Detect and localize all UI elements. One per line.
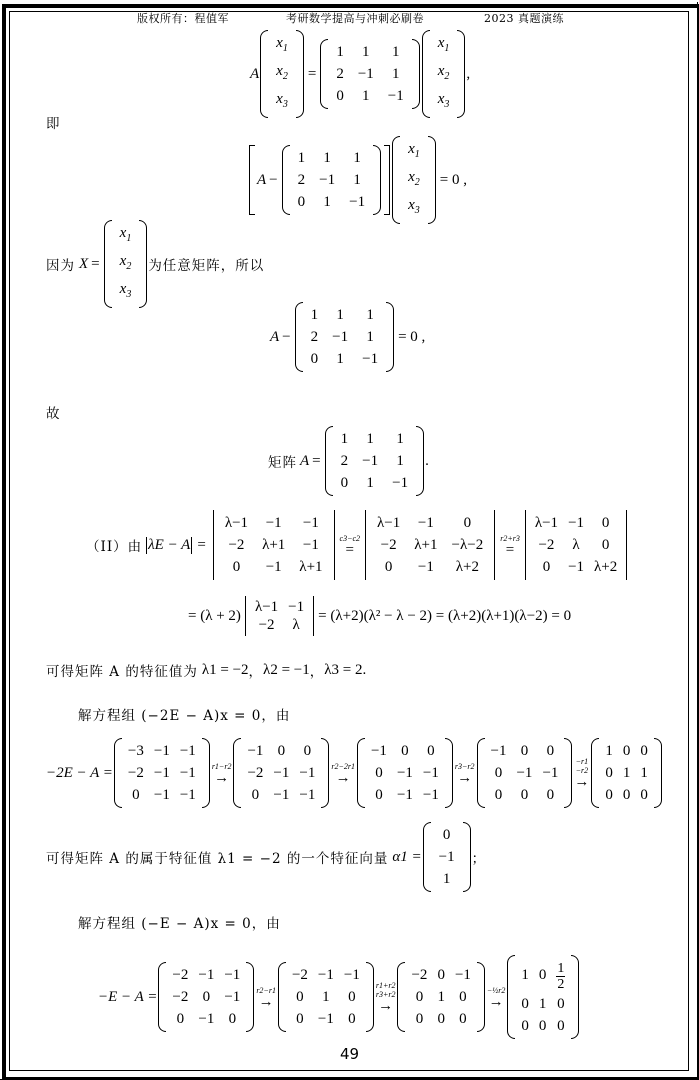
matrix-step-3: −100 0−1−1 0−1−1 (357, 738, 453, 808)
matrix-step-4: 10 12 010 000 (507, 955, 579, 1039)
header-copyright: 版权所有：程值军 (137, 10, 229, 26)
matrix-step-1: −3−1−1 −2−1−1 0−1−1 (114, 738, 210, 808)
matrix-step-3: −20−1 010 000 (397, 962, 484, 1032)
row-reduction-1: −2E − A = −3−1−1 −2−1−1 0−1−1 r1−r2→ −10… (46, 738, 663, 808)
equation-2: A− 111 2−11 01−1 x1x2x3 = 0 , (248, 136, 470, 224)
equation-4: A− 111 2−11 01−1 = 0 , (270, 302, 428, 372)
matrix-step-4: −100 0−1−1 000 (477, 738, 573, 808)
determinant-2: λ−1−10 −2λ+1−λ−2 0−1λ+2 (362, 510, 498, 580)
line-arbitrary-matrix: 因为 X= x1x2x3 为任意矩阵，所以 (46, 220, 264, 308)
equation-expansion: = (λ + 2) λ−1−1 −2λ = (λ+2)(λ² − λ − 2) … (188, 596, 571, 636)
determinant-3: λ−1−10 −2λ0 0−1λ+2 (522, 510, 630, 580)
vector-x: x1x2x3 (104, 220, 148, 308)
matrix-step-2: −2−1−1 010 0−10 (278, 962, 374, 1032)
matrix-step-1: −2−1−1 −20−1 0−10 (158, 962, 254, 1032)
equation-1: A x1x2x3 = 111 2−11 01−1 x1x2x3 , (250, 30, 470, 118)
matrix-step-2: −100 −2−1−1 0−1−1 (233, 738, 329, 808)
eigenvector-alpha1: 0−11 (423, 822, 471, 892)
solve-line-1: 解方程组 (−2E − A)x = 0，由 (78, 704, 290, 724)
characteristic-determinant: （II）由 λE − A = λ−1−1−1 −2λ+1−1 0−1λ+1 c3… (86, 510, 631, 580)
eigenvector-1-line: 可得矩阵 A 的属于特征值 λ1 = −2 的一个特征向量 α1 = 0−11 … (46, 822, 486, 892)
determinant-2x2: λ−1−1 −2λ (242, 596, 317, 636)
vector-x: x1x2x3 (260, 30, 304, 118)
solve-line-2: 解方程组 (−E − A)x = 0，由 (78, 912, 281, 932)
matrix-a: 111 2−11 01−1 (325, 426, 424, 496)
matrix-step-5: 100 011 000 (591, 738, 662, 808)
matrix-m: 111 2−11 01−1 (295, 302, 394, 372)
equation-5: 矩阵A= 111 2−11 01−1 . (268, 426, 429, 496)
vector-x: x1x2x3 (422, 30, 466, 118)
vector-x: x1x2x3 (392, 136, 436, 224)
row-reduction-2: −E − A = −2−1−1 −20−1 0−10 r2−r1→ −2−1−1… (98, 955, 580, 1039)
text-ji: 即 (46, 112, 61, 132)
header-book-title: 考研数学提高与冲刺必刷卷 (286, 10, 424, 26)
matrix-m: 111 2−11 01−1 (282, 145, 381, 215)
determinant-1: λ−1−1−1 −2λ+1−1 0−1λ+1 (210, 510, 338, 580)
header-section: 2023 真题演练 (484, 10, 564, 26)
matrix-m: 111 2−11 01−1 (320, 39, 419, 109)
page-number: 49 (0, 1045, 699, 1063)
eigenvalues-line: 可得矩阵 A 的特征值为 λ1 = −2， λ2 = −1， λ3 = 2. (46, 660, 366, 680)
text-gu: 故 (46, 402, 61, 422)
